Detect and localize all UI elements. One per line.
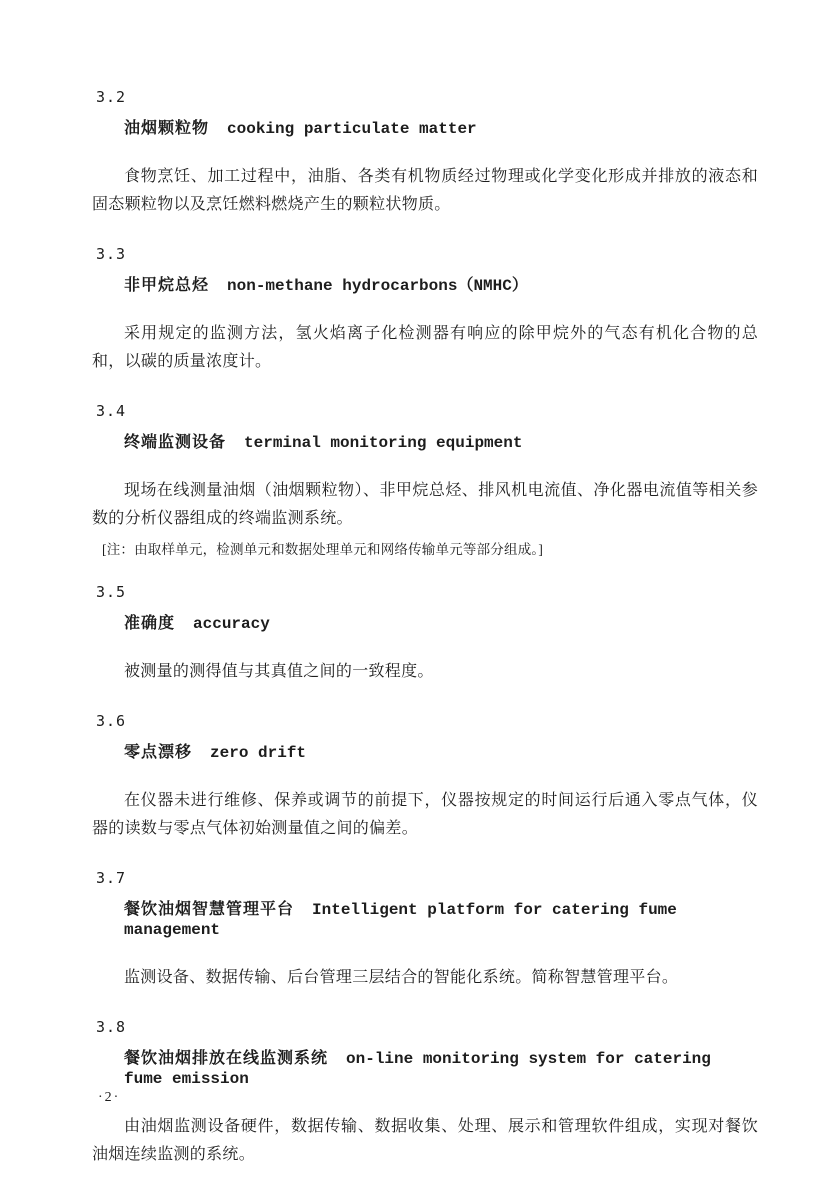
definition-text: 食物烹饪、加工过程中，油脂、各类有机物质经过物理或化学变化形成并排放的液态和固态… [92, 163, 758, 219]
definition-text: 采用规定的监测方法，氢火焰离子化检测器有响应的除甲烷外的气态有机化合物的总和，以… [92, 320, 758, 376]
term-heading: 准确度 accuracy [124, 614, 758, 634]
term-chinese: 终端监测设备 [124, 434, 226, 451]
section-3-7: 3.7 餐饮油烟智慧管理平台 Intelligent platform for … [92, 869, 758, 992]
term-chinese: 餐饮油烟智慧管理平台 [124, 901, 294, 918]
term-english: zero drift [210, 744, 306, 762]
term-heading: 终端监测设备 terminal monitoring equipment [124, 433, 758, 453]
section-number: 3.7 [96, 869, 758, 887]
section-number: 3.2 [96, 88, 758, 106]
term-heading: 餐饮油烟排放在线监测系统 on-line monitoring system f… [124, 1049, 758, 1089]
term-chinese: 餐饮油烟排放在线监测系统 [124, 1050, 328, 1067]
term-english: terminal monitoring equipment [244, 434, 522, 452]
document-content: 3.2 油烟颗粒物 cooking particulate matter 食物烹… [92, 88, 758, 1188]
definition-text: 在仪器未进行维修、保养或调节的前提下，仪器按规定的时间运行后通入零点气体，仪器的… [92, 787, 758, 843]
term-heading: 油烟颗粒物 cooking particulate matter [124, 119, 758, 139]
definition-text: 监测设备、数据传输、后台管理三层结合的智能化系统。简称智慧管理平台。 [92, 964, 758, 992]
section-number: 3.5 [96, 583, 758, 601]
definition-text: 被测量的测得值与其真值之间的一致程度。 [92, 658, 758, 686]
section-number: 3.6 [96, 712, 758, 730]
term-heading: 零点漂移 zero drift [124, 743, 758, 763]
term-english: non-methane hydrocarbons（NMHC） [227, 277, 528, 295]
definition-text: 由油烟监测设备硬件，数据传输、数据收集、处理、展示和管理软件组成，实现对餐饮油烟… [92, 1113, 758, 1169]
term-chinese: 油烟颗粒物 [124, 120, 209, 137]
section-3-8: 3.8 餐饮油烟排放在线监测系统 on-line monitoring syst… [92, 1018, 758, 1169]
page-number: ·2· [98, 1090, 120, 1106]
term-chinese: 非甲烷总烃 [124, 277, 209, 294]
term-heading: 餐饮油烟智慧管理平台 Intelligent platform for cate… [124, 900, 758, 940]
document-page: 3.2 油烟颗粒物 cooking particulate matter 食物烹… [0, 0, 840, 1188]
section-3-6: 3.6 零点漂移 zero drift 在仪器未进行维修、保养或调节的前提下，仪… [92, 712, 758, 843]
section-3-5: 3.5 准确度 accuracy 被测量的测得值与其真值之间的一致程度。 [92, 583, 758, 686]
section-number: 3.4 [96, 402, 758, 420]
term-chinese: 准确度 [124, 615, 175, 632]
section-3-4: 3.4 终端监测设备 terminal monitoring equipment… [92, 402, 758, 561]
term-english: accuracy [193, 615, 270, 633]
section-3-2: 3.2 油烟颗粒物 cooking particulate matter 食物烹… [92, 88, 758, 219]
section-number: 3.3 [96, 245, 758, 263]
definition-text: 现场在线测量油烟（油烟颗粒物）、非甲烷总烃、排风机电流值、净化器电流值等相关参数… [92, 477, 758, 533]
definition-note: [注：由取样单元，检测单元和数据处理单元和网络传输单元等部分组成。] [102, 539, 758, 561]
term-english: cooking particulate matter [227, 120, 477, 138]
term-heading: 非甲烷总烃 non-methane hydrocarbons（NMHC） [124, 276, 758, 296]
section-number: 3.8 [96, 1018, 758, 1036]
term-chinese: 零点漂移 [124, 744, 192, 761]
section-3-3: 3.3 非甲烷总烃 non-methane hydrocarbons（NMHC）… [92, 245, 758, 376]
